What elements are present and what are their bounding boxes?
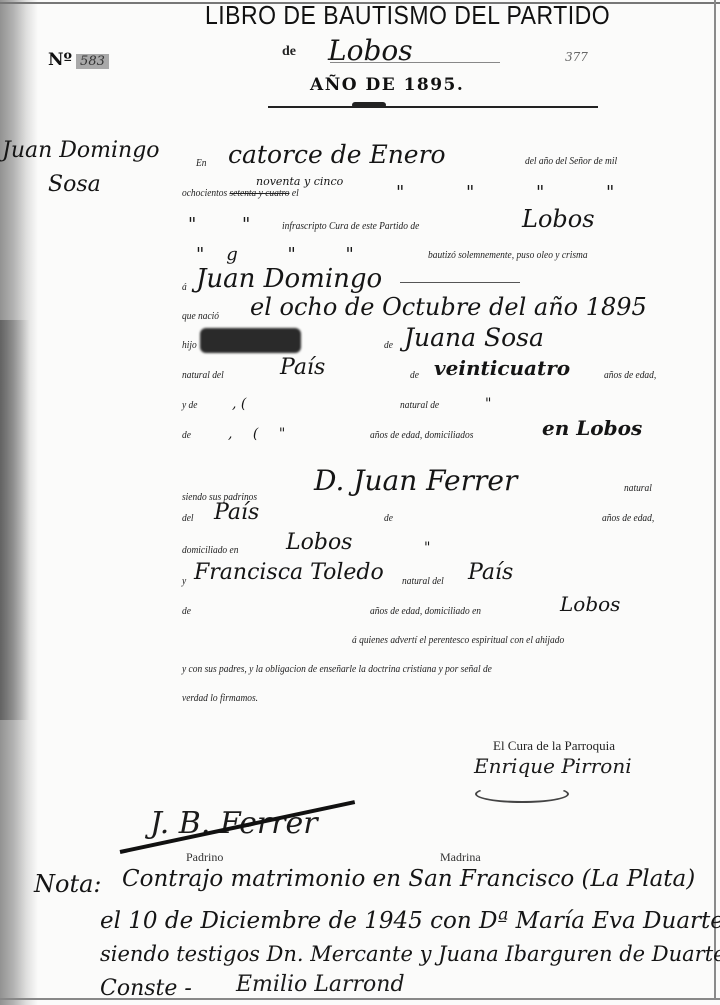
line17-text: y con sus padres, y la obligacion de ens… <box>182 664 492 675</box>
smudged-natural: natural <box>200 328 301 353</box>
baptism-date: catorce de Enero <box>228 140 446 169</box>
line2-ditto-marks: " " " " <box>396 182 642 203</box>
line1-suffix: del año del Señor de mil <box>525 156 617 167</box>
godfather-name: D. Juan Ferrer <box>314 464 517 497</box>
record-number-value: 583 <box>76 54 109 69</box>
line4-text: bautizó solemnemente, puso oleo y crisma <box>428 250 588 261</box>
baptized-name: Juan Domingo <box>196 264 382 294</box>
godmother-name: Francisca Toledo <box>194 560 384 585</box>
year-heading: AÑO DE 1895. <box>310 75 464 95</box>
line7-prefix: hijo <box>182 340 197 351</box>
residence: en Lobos <box>542 416 642 440</box>
line9-prefix: y de <box>182 400 197 411</box>
line12-middle: de <box>384 513 393 524</box>
line9-middle: natural de <box>400 400 439 411</box>
mother-age: veinticuatro <box>434 356 570 380</box>
name-flourish <box>400 282 520 283</box>
line8-suffix: años de edad, <box>604 370 656 381</box>
line2-prefix: ochocientos setenta y cuatro el <box>182 188 299 199</box>
line18-text: verdad lo firmamos. <box>182 693 258 704</box>
line2-suffix: el <box>292 188 299 199</box>
nota-line-3: siendo testigos Dn. Mercante y Juana Iba… <box>100 942 720 966</box>
nota-line-4: Conste - <box>100 976 192 1001</box>
nota-line-1: Contrajo matrimonio en San Francisco (La… <box>122 866 695 892</box>
mother-origin: País <box>280 355 325 380</box>
partido-prefix: de <box>282 44 296 60</box>
margin-name-first: Juan Domingo <box>2 138 160 163</box>
line9-ditto1: , ( <box>232 396 246 412</box>
godmother-origin: País <box>468 560 513 585</box>
margin-name-last: Sosa <box>48 172 101 197</box>
header-rule <box>268 106 598 108</box>
cura-signature: Enrique Pirroni <box>474 754 632 778</box>
line13-ditto: " <box>424 540 430 556</box>
page-border-right <box>714 0 716 1000</box>
line12-suffix: años de edad, <box>602 513 654 524</box>
record-number: Nº 583 <box>48 50 109 70</box>
line9-ditto2: " <box>485 396 491 412</box>
nota-line-2: el 10 de Diciembre de 1945 con Dª María … <box>100 908 720 934</box>
scan-edge-shadow-dark <box>0 320 30 720</box>
godfather-residence: Lobos <box>286 530 352 555</box>
document-title: LIBRO DE BAUTISMO DEL PARTIDO <box>205 0 610 30</box>
godmother-residence: Lobos <box>560 592 620 616</box>
struck-year-text: setenta y cuatro <box>230 188 290 199</box>
padrino-label: Padrino <box>186 850 223 865</box>
nota-signature: Emilio Larrond <box>236 972 405 997</box>
smudged-word: natural <box>200 328 301 353</box>
godfather-origin: País <box>214 500 259 525</box>
margin-number: 377 <box>565 50 588 64</box>
line8-prefix: natural del <box>182 370 224 381</box>
line16-text: á quienes advertí el perentesco espiritu… <box>352 635 564 646</box>
cura-signature-flourish <box>475 785 569 803</box>
baptism-record-page: LIBRO DE BAUTISMO DEL PARTIDO Nº 583 de … <box>0 0 720 1005</box>
line13-prefix: domiciliado en <box>182 545 238 556</box>
cura-partido-name: Lobos <box>522 205 595 233</box>
line14-middle: natural del <box>402 576 444 587</box>
madrina-label: Madrina <box>440 850 481 865</box>
line15-prefix: de <box>182 606 191 617</box>
line14-prefix: y <box>182 576 186 587</box>
partido-underline <box>330 62 500 63</box>
line10-middle: años de edad, domiciliados <box>370 430 473 441</box>
line7-middle: de <box>384 340 393 351</box>
line3-ditto-marks: " " <box>188 214 270 235</box>
mother-name: Juana Sosa <box>404 323 544 352</box>
line8-middle: de <box>410 370 419 381</box>
birth-date: el ocho de Octubre del año 1895 <box>250 293 647 321</box>
year-correction: noventa y cinco <box>256 175 343 188</box>
nota-label: Nota: <box>34 870 102 898</box>
line3-text: infrascripto Cura de este Partido de <box>282 221 419 232</box>
header-ornament <box>352 102 386 108</box>
line6-prefix: que nació <box>182 311 219 322</box>
line4-ditto-marks: "g " " <box>196 244 376 265</box>
padrino-signature: J. B. Ferrer <box>150 806 318 841</box>
line1-prefix: En <box>196 158 207 169</box>
line10-prefix: de <box>182 430 191 441</box>
line12-prefix: del <box>182 513 194 524</box>
line10-ditto: , ( " <box>228 426 293 442</box>
line2-ochocientos: ochocientos <box>182 188 227 199</box>
record-number-label: Nº <box>48 50 72 70</box>
line15-middle: años de edad, domiciliado en <box>370 606 481 617</box>
cura-label: El Cura de la Parroquia <box>493 738 615 754</box>
line11-suffix: natural <box>624 483 652 494</box>
line5-prefix: á <box>182 282 187 293</box>
